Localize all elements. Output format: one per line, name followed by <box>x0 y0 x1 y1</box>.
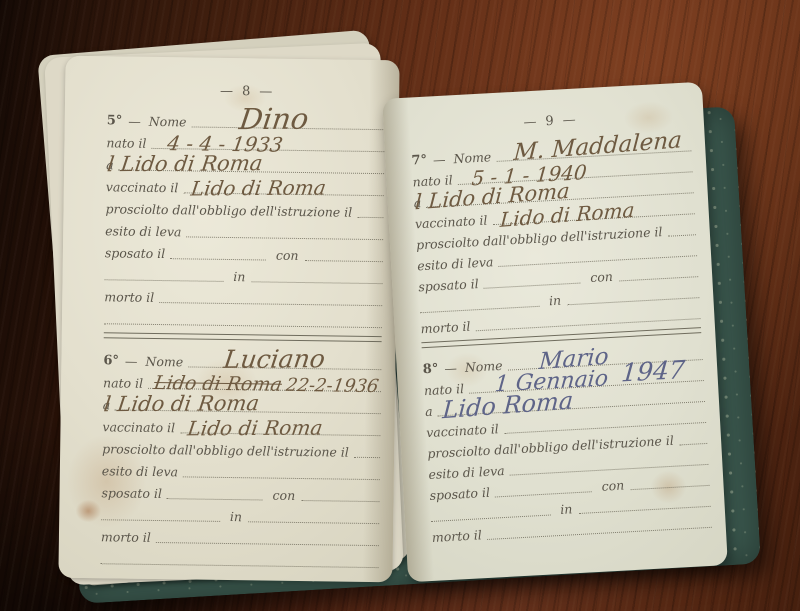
dotted-line: Dino <box>191 112 384 130</box>
dotted-line <box>105 265 224 282</box>
dotted-line <box>156 528 379 546</box>
field-label-vaccinato: vaccinato il <box>102 421 180 437</box>
dotted-line <box>167 484 263 500</box>
dash: — <box>125 355 146 370</box>
field-label-con: con <box>266 249 305 264</box>
page-number-header: —8— <box>107 82 385 101</box>
dotted-line <box>186 222 383 240</box>
page-number: 9 <box>545 114 554 129</box>
dotted-line <box>101 549 379 568</box>
dotted-line: l Lido di Roma <box>115 395 381 414</box>
dotted-line <box>357 203 384 218</box>
dotted-line: Luciano <box>188 352 381 370</box>
dotted-line <box>159 288 382 306</box>
dotted-line: l Lido di Roma <box>119 155 385 174</box>
handwritten-vaccination: Lido di Roma <box>186 418 324 439</box>
page-number: 8 <box>242 84 250 99</box>
dotted-line <box>354 443 381 458</box>
entry-record-5: 5° — Nome Dino nato il 4 - 4 - 1933 a l … <box>104 107 385 331</box>
dotted-line <box>101 505 220 522</box>
field-label-sposato: sposato il <box>101 487 167 502</box>
field-label-sposato: sposato il <box>105 247 171 262</box>
field-label-in: in <box>220 510 248 525</box>
right-page: —9— 7° — Nome M. Maddalena nato il 5 - 1… <box>382 82 728 583</box>
entry-ordinal: 8° <box>422 362 444 378</box>
dotted-line <box>678 429 707 446</box>
field-label-in: in <box>223 270 251 285</box>
field-label-nato: nato il <box>106 137 151 152</box>
handwritten-birthplace: l Lido di Roma <box>106 153 264 175</box>
handwritten-name: Dino <box>237 105 310 134</box>
entry-record-8: 8° — Nome Mario nato il 1 Gennaio 1947 a… <box>422 342 712 546</box>
dotted-line <box>183 462 380 480</box>
field-label-a: a <box>425 405 438 420</box>
dotted-line: Lido di Roma22-2-1936 <box>148 374 381 392</box>
field-label-morto: morto il <box>101 531 156 546</box>
field-label-nome: Nome <box>149 115 192 130</box>
dotted-line: Lido di Roma <box>183 178 384 196</box>
dotted-line <box>494 477 592 497</box>
field-label-morto: morto il <box>104 291 159 306</box>
entry-divider <box>104 332 382 342</box>
entry-ordinal: 6° <box>103 354 125 369</box>
dotted-line <box>304 246 383 262</box>
handwritten-year: 1947 <box>620 355 686 388</box>
dotted-line <box>667 220 696 237</box>
entry-ordinal: 5° <box>107 114 129 129</box>
entry-record-6: 6° — Nome Luciano nato il Lido di Roma22… <box>101 347 382 571</box>
handwritten-vaccination: Lido di Roma <box>189 178 327 199</box>
dash: — <box>220 84 233 99</box>
dash: — <box>259 84 272 99</box>
field-label-nato: nato il <box>103 377 148 392</box>
photo-of-open-booklet: —8— 5° — Nome Dino nato il 4 - 4 - 1933 <box>0 0 800 611</box>
row-trailing <box>101 545 379 571</box>
dotted-line <box>483 269 581 289</box>
dash: — <box>523 115 537 131</box>
handwritten-birthplace: l Lido di Roma <box>103 393 261 415</box>
dash: — <box>562 113 576 129</box>
dotted-line: 4 - 4 - 1933 <box>151 134 384 152</box>
dash: — <box>128 115 149 130</box>
field-label-vaccinato: vaccinato il <box>106 181 184 197</box>
dash: — <box>433 153 454 169</box>
field-label-morto: morto il <box>432 528 488 545</box>
handwritten-name: Luciano <box>222 346 326 372</box>
field-label-con: con <box>263 489 302 504</box>
dotted-line <box>104 309 382 328</box>
dotted-line <box>251 267 382 284</box>
entry-ordinal: 7° <box>411 153 433 169</box>
field-label-in: in <box>539 294 568 310</box>
dotted-line <box>170 244 266 260</box>
field-label-esito: esito di leva <box>105 225 186 241</box>
row-trailing <box>104 305 382 331</box>
dash: — <box>444 361 465 377</box>
left-page: —8— 5° — Nome Dino nato il 4 - 4 - 1933 <box>58 56 399 583</box>
field-label-nome: Nome <box>145 355 188 370</box>
dotted-line <box>301 486 380 502</box>
dotted-line <box>618 262 698 281</box>
field-label-esito: esito di leva <box>102 465 183 481</box>
entry-record-7: 7° — Nome M. Maddalena nato il 5 - 1 - 1… <box>411 133 701 337</box>
dotted-line <box>248 507 379 524</box>
dotted-line <box>630 471 710 490</box>
dotted-line: Lido di Roma <box>180 418 381 436</box>
field-label-in: in <box>550 503 579 519</box>
field-label-morto: morto il <box>420 320 476 337</box>
